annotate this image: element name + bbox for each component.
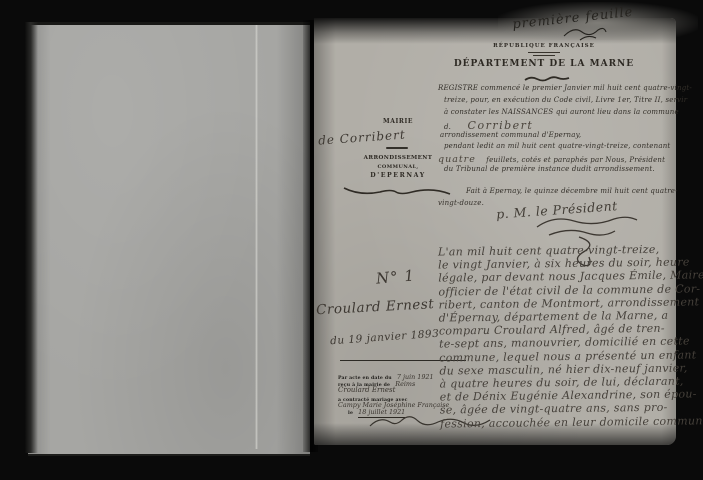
act-number: N° 1 (375, 266, 415, 287)
departement-flourish (524, 75, 570, 83)
arrondissement-flourish (342, 184, 452, 198)
right-page: RÉPUBLIQUE FRANÇAISE DÉPARTEMENT DE LA M… (314, 18, 676, 445)
registre-line4-printed: d. (444, 123, 451, 131)
mairie-label: MAIRIE (366, 118, 430, 125)
mention-printed: le (348, 411, 353, 416)
mairie-dash (386, 147, 408, 149)
book-scan: RÉPUBLIQUE FRANÇAISE DÉPARTEMENT DE LA M… (0, 0, 703, 480)
registre-line: pendant ledit an mil huit cent quatre-vi… (444, 142, 670, 150)
left-page-edge (25, 22, 38, 453)
page-crease (255, 25, 258, 449)
header-rule-top (528, 52, 560, 53)
registre-fait-line: vingt-douze. (438, 199, 484, 207)
registre-line: arrondissement communal d'Epernay, (440, 131, 581, 139)
left-page-blank (28, 22, 310, 456)
registre-line: à constater les NAISSANCES qui auront li… (444, 108, 679, 116)
first-leaf-paraph-flourish (560, 24, 608, 42)
registre-feuillets-handwritten: quatre (438, 154, 476, 165)
birth-act-text: L'an mil huit cent quatre-vingt-treize, … (438, 242, 692, 430)
registre-line: quatre feuillets, cotés et paraphés par … (438, 154, 665, 165)
arrondissement-line3: D'EPERNAY (338, 172, 458, 179)
registre-line: REGISTRE commencé le premier Janvier mil… (438, 84, 692, 92)
registre-line7-printed: feuillets, cotés et paraphés par Nous, P… (486, 156, 665, 164)
registre-line: du Tribunal de première instance dudit a… (444, 165, 655, 173)
header-rule-bottom (533, 55, 555, 56)
registre-line: treize, pour, en exécution du Code civil… (444, 96, 687, 104)
departement-heading: DÉPARTEMENT DE LA MARNE (414, 59, 674, 69)
registre-fait-line: Fait à Epernay, le quinze décembre mil h… (466, 187, 678, 195)
republique-heading: RÉPUBLIQUE FRANÇAISE (434, 43, 654, 49)
